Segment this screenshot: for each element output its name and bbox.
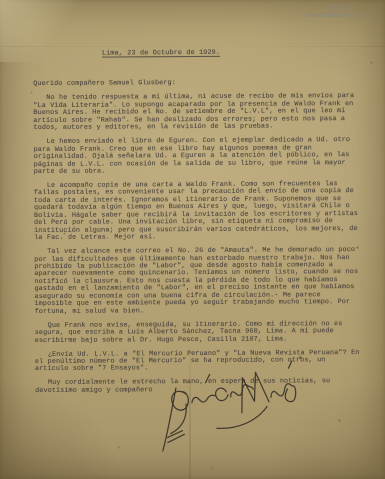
paragraph-2: Le hemos enviado el libro de Eguren. Con… <box>34 137 361 176</box>
horizontal-fold-crease <box>0 46 385 47</box>
signature-handwriting-icon <box>150 376 312 454</box>
paragraph-5: Que Frank nos avise, enseguida, su itine… <box>35 321 362 345</box>
archive-watermark: AJCM www.mariategui.org <box>306 3 371 20</box>
signature: José Carlos Mariátegui <box>150 376 312 454</box>
paper-specks <box>0 0 1 1</box>
watermark-url: www.mariategui.org <box>306 12 371 21</box>
paragraph-3: Le acompaño copia de una carta a Waldo F… <box>34 181 361 243</box>
date-line: Lima, 23 de Octubre de 1929. <box>102 49 360 58</box>
watermark-acronym: AJCM <box>306 3 371 12</box>
letter-scan-page: AJCM www.mariategui.org Lima, 23 de Octu… <box>0 0 385 479</box>
paragraph-1: No he tenido respuesta a mi última, ni a… <box>33 93 360 132</box>
paragraph-6: ¿Envía Ud. L.V.L. a "El Mercurio Peruano… <box>35 349 362 373</box>
salutation: Querido compañero Samuel Glusberg: <box>33 79 360 88</box>
paragraph-4: Tal vez alcance este correo el No. 26 de… <box>34 247 361 316</box>
letter-body: Lima, 23 de Octubre de 1929. Querido com… <box>33 49 362 395</box>
